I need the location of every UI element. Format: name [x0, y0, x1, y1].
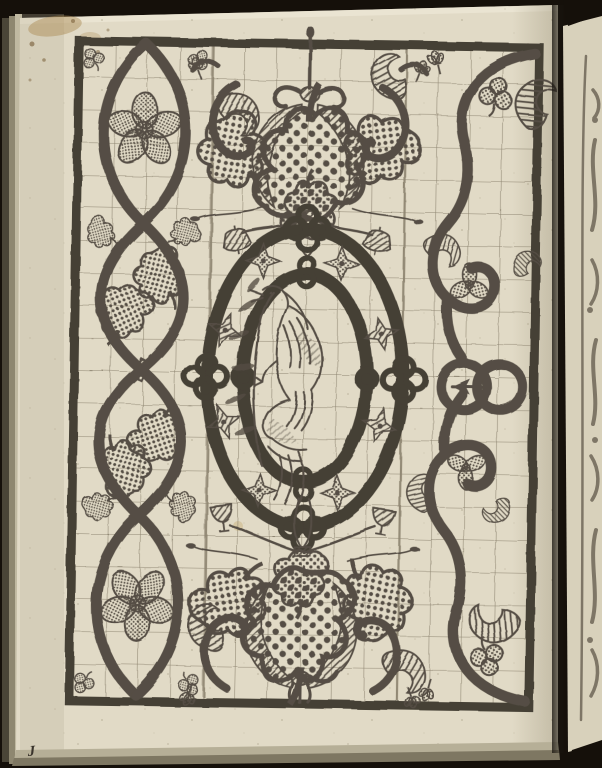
next-page-sliver [552, 0, 602, 768]
woodcut-print [68, 22, 569, 713]
handwritten-mark: J [26, 743, 36, 760]
book-photograph: J [0, 0, 602, 768]
pattern-page-scan: J [0, 0, 602, 768]
